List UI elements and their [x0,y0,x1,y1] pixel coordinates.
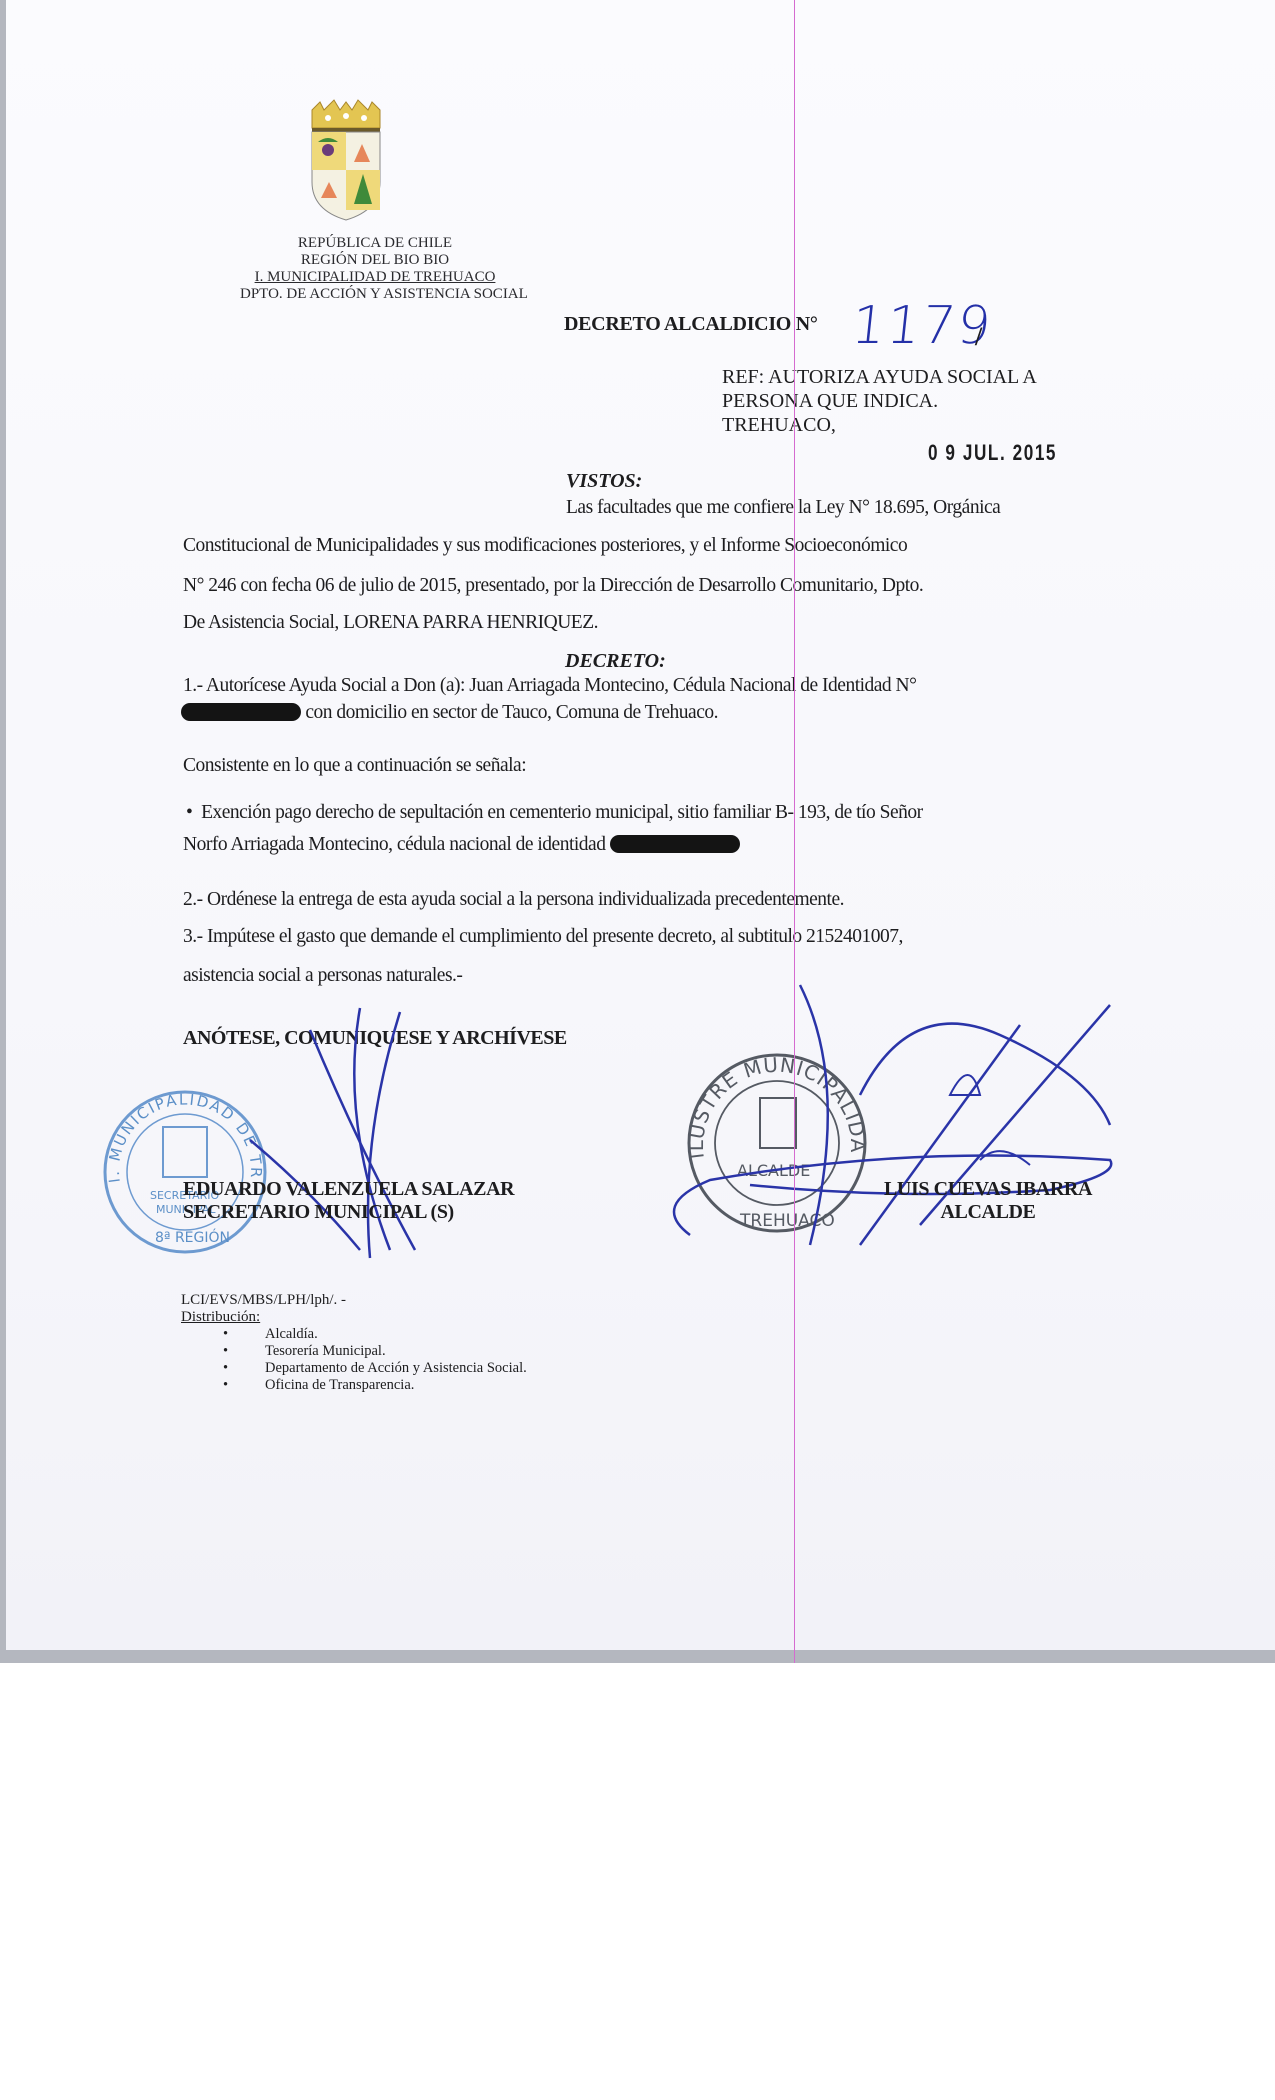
mayor-role: ALCALDE [868,1201,1108,1224]
header-line-municipality: I. MUNICIPALIDAD DE TREHUACO [240,269,510,286]
vistos-heading: VISTOS: [566,470,642,493]
header-line-region: REGIÓN DEL BIO BIO [240,252,510,269]
bullet-line-2: Norfo Arriagada Montecino, cédula nacion… [183,834,740,856]
left-stamp-bottom: 8ª REGIÓN [155,1228,230,1246]
institution-header: REPÚBLICA DE CHILE REGIÓN DEL BIO BIO I.… [240,235,510,303]
signature-block-mayor: LUIS CUEVAS IBARRA ALCALDE [868,1178,1108,1224]
distribution-item: Departamento de Acción y Asistencia Soci… [223,1360,527,1377]
vistos-line-4: De Asistencia Social, LORENA PARRA HENRI… [183,612,598,634]
ref-line-1: REF: AUTORIZA AYUDA SOCIAL A [722,365,1037,389]
ref-line-2: PERSONA QUE INDICA. [722,389,1037,413]
secretary-role: SECRETARIO MUNICIPAL (S) [183,1201,514,1224]
vistos-line-2: Constitucional de Municipalidades y sus … [183,535,907,557]
mayor-name: LUIS CUEVAS IBARRA [868,1178,1108,1201]
vistos-line-3: N° 246 con fecha 06 de julio de 2015, pr… [183,575,923,597]
bullet-dot: • [186,802,201,823]
bullet-line-1: • Exención pago derecho de sepultación e… [186,802,923,824]
ref-line-3: TREHUACO, [722,413,1037,437]
document-page [6,0,1275,1650]
stamped-date: 0 9 JUL. 2015 [928,440,1057,466]
decreto-item-3-line-2: asistencia social a personas naturales.- [183,965,462,987]
decreto-item-1-line-1: 1.- Autorícese Ayuda Social a Don (a): J… [183,675,916,697]
decreto-item-1-line-2: con domicilio en sector de Tauco, Comuna… [181,702,718,724]
bullet-text-2: Norfo Arriagada Montecino, cédula nacion… [183,834,605,855]
header-line-republic: REPÚBLICA DE CHILE [240,235,510,252]
distribution-item: Tesorería Municipal. [223,1343,527,1360]
header-line-department: DPTO. DE ACCIÓN Y ASISTENCIA SOCIAL [240,286,510,303]
item-1-address: con domicilio en sector de Tauco, Comuna… [305,702,718,723]
decree-number-suffix: / [975,322,982,352]
reference-block: REF: AUTORIZA AYUDA SOCIAL A PERSONA QUE… [722,365,1037,437]
distribution-footer: LCI/EVS/MBS/LPH/lph/. - Distribución: Al… [181,1292,527,1394]
decree-title: DECRETO ALCALDICIO N° [564,313,818,336]
handwritten-decree-number: 1179 [849,296,996,356]
distribution-list: Alcaldía. Tesorería Municipal. Departame… [181,1326,527,1394]
distribution-label: Distribución: [181,1309,527,1326]
secretary-name: EDUARDO VALENZUELA SALAZAR [183,1178,514,1201]
signature-block-secretary: EDUARDO VALENZUELA SALAZAR SECRETARIO MU… [183,1178,514,1224]
scan-fold-line [794,0,795,1663]
redacted-id-number-2 [610,835,740,853]
municipal-crest-icon [306,100,386,225]
initials-line: LCI/EVS/MBS/LPH/lph/. - [181,1292,527,1309]
decreto-item-2: 2.- Ordénese la entrega de esta ayuda so… [183,889,844,911]
consistente-line: Consistente en lo que a continuación se … [183,755,526,777]
decreto-heading: DECRETO: [565,650,666,673]
distribution-item: Alcaldía. [223,1326,527,1343]
distribution-item: Oficina de Transparencia. [223,1377,527,1394]
bullet-text: Exención pago derecho de sepultación en … [201,802,923,823]
redacted-id-number [181,703,301,721]
vistos-line-1: Las facultades que me confiere la Ley N°… [566,497,1000,519]
